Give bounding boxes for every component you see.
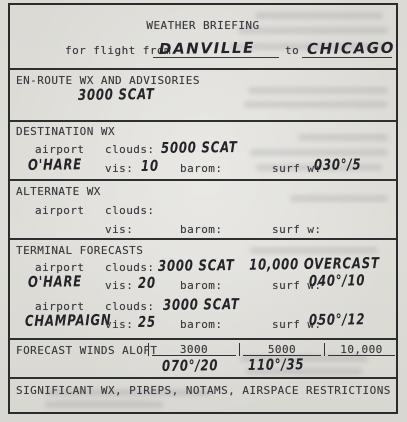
terminal-clouds-label: clouds: (105, 301, 155, 313)
destination-barom-label: barom: (180, 163, 222, 175)
section-header: WEATHER BRIEFING for flight from DANVILL… (10, 5, 396, 68)
terminal-vis-entry: 20 (138, 276, 156, 291)
terminal-vis-entry: 25 (138, 315, 156, 330)
enroute-entry: 3000 SCAT (78, 87, 155, 103)
winds-heading: FORECAST WINDS ALOFT (16, 345, 157, 357)
alternate-barom-label: barom: (180, 224, 222, 236)
winds-entry-5000: 110°/35 (248, 357, 304, 373)
terminal-barom-label: barom: (180, 319, 222, 331)
terminal-clouds-entry: 3000 SCAT (163, 297, 240, 313)
destination-surfw-entry: 030°/5 (314, 157, 361, 173)
winds-altitude-3000: 3000 (152, 343, 236, 356)
alternate-heading: ALTERNATE WX (16, 186, 101, 198)
alternate-vis-label: vis: (105, 224, 133, 236)
alternate-surfw-label: surf w: (272, 224, 322, 236)
winds-column-divider (148, 343, 149, 356)
destination-heading: DESTINATION WX (16, 126, 115, 138)
destination-clouds-label: clouds: (105, 144, 155, 156)
destination-airport-label: airport (35, 144, 85, 156)
terminal-heading: TERMINAL FORECASTS (16, 245, 143, 257)
winds-column-divider (324, 343, 325, 356)
terminal-vis-label: vis: (105, 319, 133, 331)
winds-altitude-10000: 10,000 (328, 343, 395, 356)
alternate-clouds-label: clouds: (105, 205, 155, 217)
section-enroute: EN-ROUTE WX AND ADVISORIES 3000 SCAT (10, 68, 396, 120)
winds-entry-3000: 070°/20 (162, 358, 218, 374)
destination-vis-label: vis: (105, 163, 133, 175)
destination-airport-entry: O'HARE (28, 157, 82, 173)
terminal-barom-label: barom: (180, 280, 222, 292)
significant-heading: SIGNIFICANT WX, PIREPS, NOTAMS, AIRSPACE… (16, 385, 391, 397)
section-terminal: TERMINAL FORECASTS airport clouds: 3000 … (10, 238, 396, 338)
terminal-airport-entry: O'HARE (28, 274, 82, 290)
terminal-clouds-label: clouds: (105, 262, 155, 274)
section-destination: DESTINATION WX airport clouds: 5000 SCAT… (10, 120, 396, 179)
section-winds-aloft: FORECAST WINDS ALOFT 3000 5000 10,000 07… (10, 338, 396, 377)
flight-from-entry: DANVILLE (159, 41, 255, 57)
winds-column-divider (239, 343, 240, 356)
alternate-airport-label: airport (35, 205, 85, 217)
winds-altitude-5000: 5000 (243, 343, 321, 356)
terminal-surfw-entry: 040°/10 (309, 273, 365, 289)
flight-to-entry: CHICAGO (307, 41, 395, 57)
flight-to-label: to (285, 45, 299, 57)
terminal-surfw-entry: 050°/12 (309, 312, 365, 328)
destination-vis-entry: 10 (141, 159, 159, 174)
scanned-weather-briefing-form: WEATHER BRIEFING for flight from DANVILL… (0, 0, 407, 422)
form-title: WEATHER BRIEFING (10, 20, 396, 32)
briefing-form-box: WEATHER BRIEFING for flight from DANVILL… (8, 3, 398, 414)
destination-clouds-entry: 5000 SCAT (161, 140, 238, 156)
section-alternate: ALTERNATE WX airport clouds: vis: barom:… (10, 179, 396, 238)
section-significant: SIGNIFICANT WX, PIREPS, NOTAMS, AIRSPACE… (10, 377, 396, 412)
terminal-airport-entry: CHAMPAIGN (25, 313, 112, 329)
terminal-vis-label: vis: (105, 280, 133, 292)
